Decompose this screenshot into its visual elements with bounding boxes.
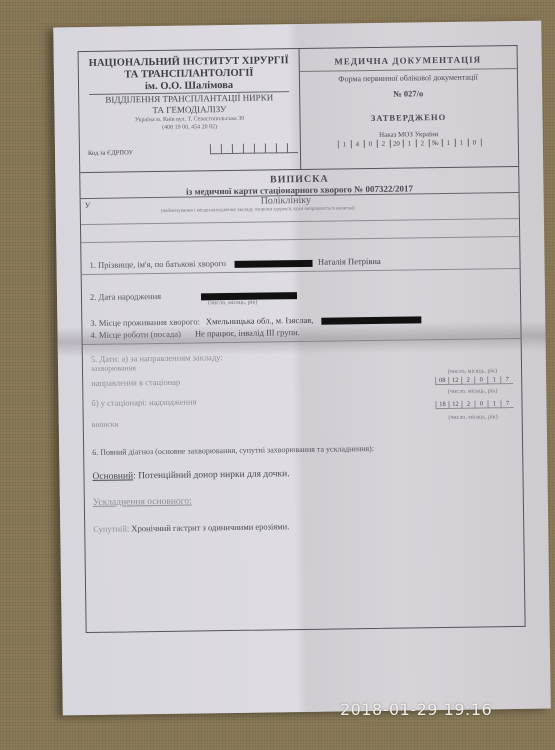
rule bbox=[81, 236, 519, 243]
dates-illness: захворювання bbox=[91, 363, 136, 373]
edrpou-label: Код за ЄДРПОУ bbox=[88, 149, 133, 157]
order-boxes: 1 4 0 2 20 1 2 № 1 1 0 bbox=[300, 138, 518, 149]
edrpou-boxes bbox=[210, 143, 298, 154]
discharge-document: НАЦІОНАЛЬНИЙ ІНСТИТУТ ХІРУРГІЇ ТА ТРАНСП… bbox=[53, 21, 551, 716]
patient-name-field: 1. Прізвище, ім'я, по батькові хворогоНа… bbox=[89, 256, 380, 270]
med-doc-title: МЕДИЧНА ДОКУМЕНТАЦІЯ bbox=[299, 54, 517, 72]
main-diagnosis: Основний: Потенційний донор нирки для до… bbox=[92, 469, 289, 482]
dates-label: 5. Дати: а) за направленням закладу: bbox=[91, 352, 223, 364]
recipient-label: У bbox=[85, 201, 91, 210]
institution-header: НАЦІОНАЛЬНИЙ ІНСТИТУТ ХІРУРГІЇ ТА ТРАНСП… bbox=[79, 49, 302, 172]
dates-discharge: виписки bbox=[92, 420, 119, 429]
redaction bbox=[234, 259, 312, 267]
rule bbox=[81, 218, 519, 225]
diagnosis-label: 6. Повний діагноз (основне захворювання,… bbox=[92, 444, 374, 457]
redaction bbox=[321, 316, 421, 324]
rule bbox=[83, 338, 521, 345]
approved-label: ЗАТВЕРДЖЕНО bbox=[299, 111, 517, 124]
form-label: Форма первинної облікової документації bbox=[299, 72, 517, 84]
discharge-date-boxes: 18 12 2 0 1 7 bbox=[435, 400, 513, 409]
residence-field: 3. Місце проживання хворого:Хмельницька … bbox=[90, 313, 421, 328]
institution-phone: (408 19 00, 454 20 82) bbox=[80, 122, 300, 133]
dates-admission: б) у стаціонарі: надходження bbox=[91, 396, 196, 407]
dates-referral: направлення в стаціонар bbox=[91, 377, 180, 388]
concomitant-diagnosis: Супутній: Хронічний гастрит з одиничними… bbox=[93, 521, 289, 534]
patient-name-value: Наталія Петрівна bbox=[318, 256, 381, 267]
redaction bbox=[201, 292, 297, 300]
photo-timestamp: 2018-01-29 19:16 bbox=[340, 700, 492, 719]
complications-label: Ускладнення основного: bbox=[93, 497, 192, 508]
form-number: № 027/о bbox=[299, 87, 517, 100]
form-frame: НАЦІОНАЛЬНИЙ ІНСТИТУТ ХІРУРГІЇ ТА ТРАНСП… bbox=[78, 45, 526, 633]
recipient-hint: (найменування і місцезнаходження закладу… bbox=[161, 206, 355, 214]
form-header: МЕДИЧНА ДОКУМЕНТАЦІЯ Форма первинної обл… bbox=[299, 46, 519, 169]
dob-field: 2. Дата народження (число, місяць, рік) bbox=[90, 289, 297, 308]
work-field: 4. Місце роботи (посада)Не працює, інвал… bbox=[90, 327, 299, 340]
admission-date-boxes: 08 12 2 0 1 7 bbox=[435, 376, 513, 385]
recipient-value: Поліклініку bbox=[261, 195, 311, 207]
